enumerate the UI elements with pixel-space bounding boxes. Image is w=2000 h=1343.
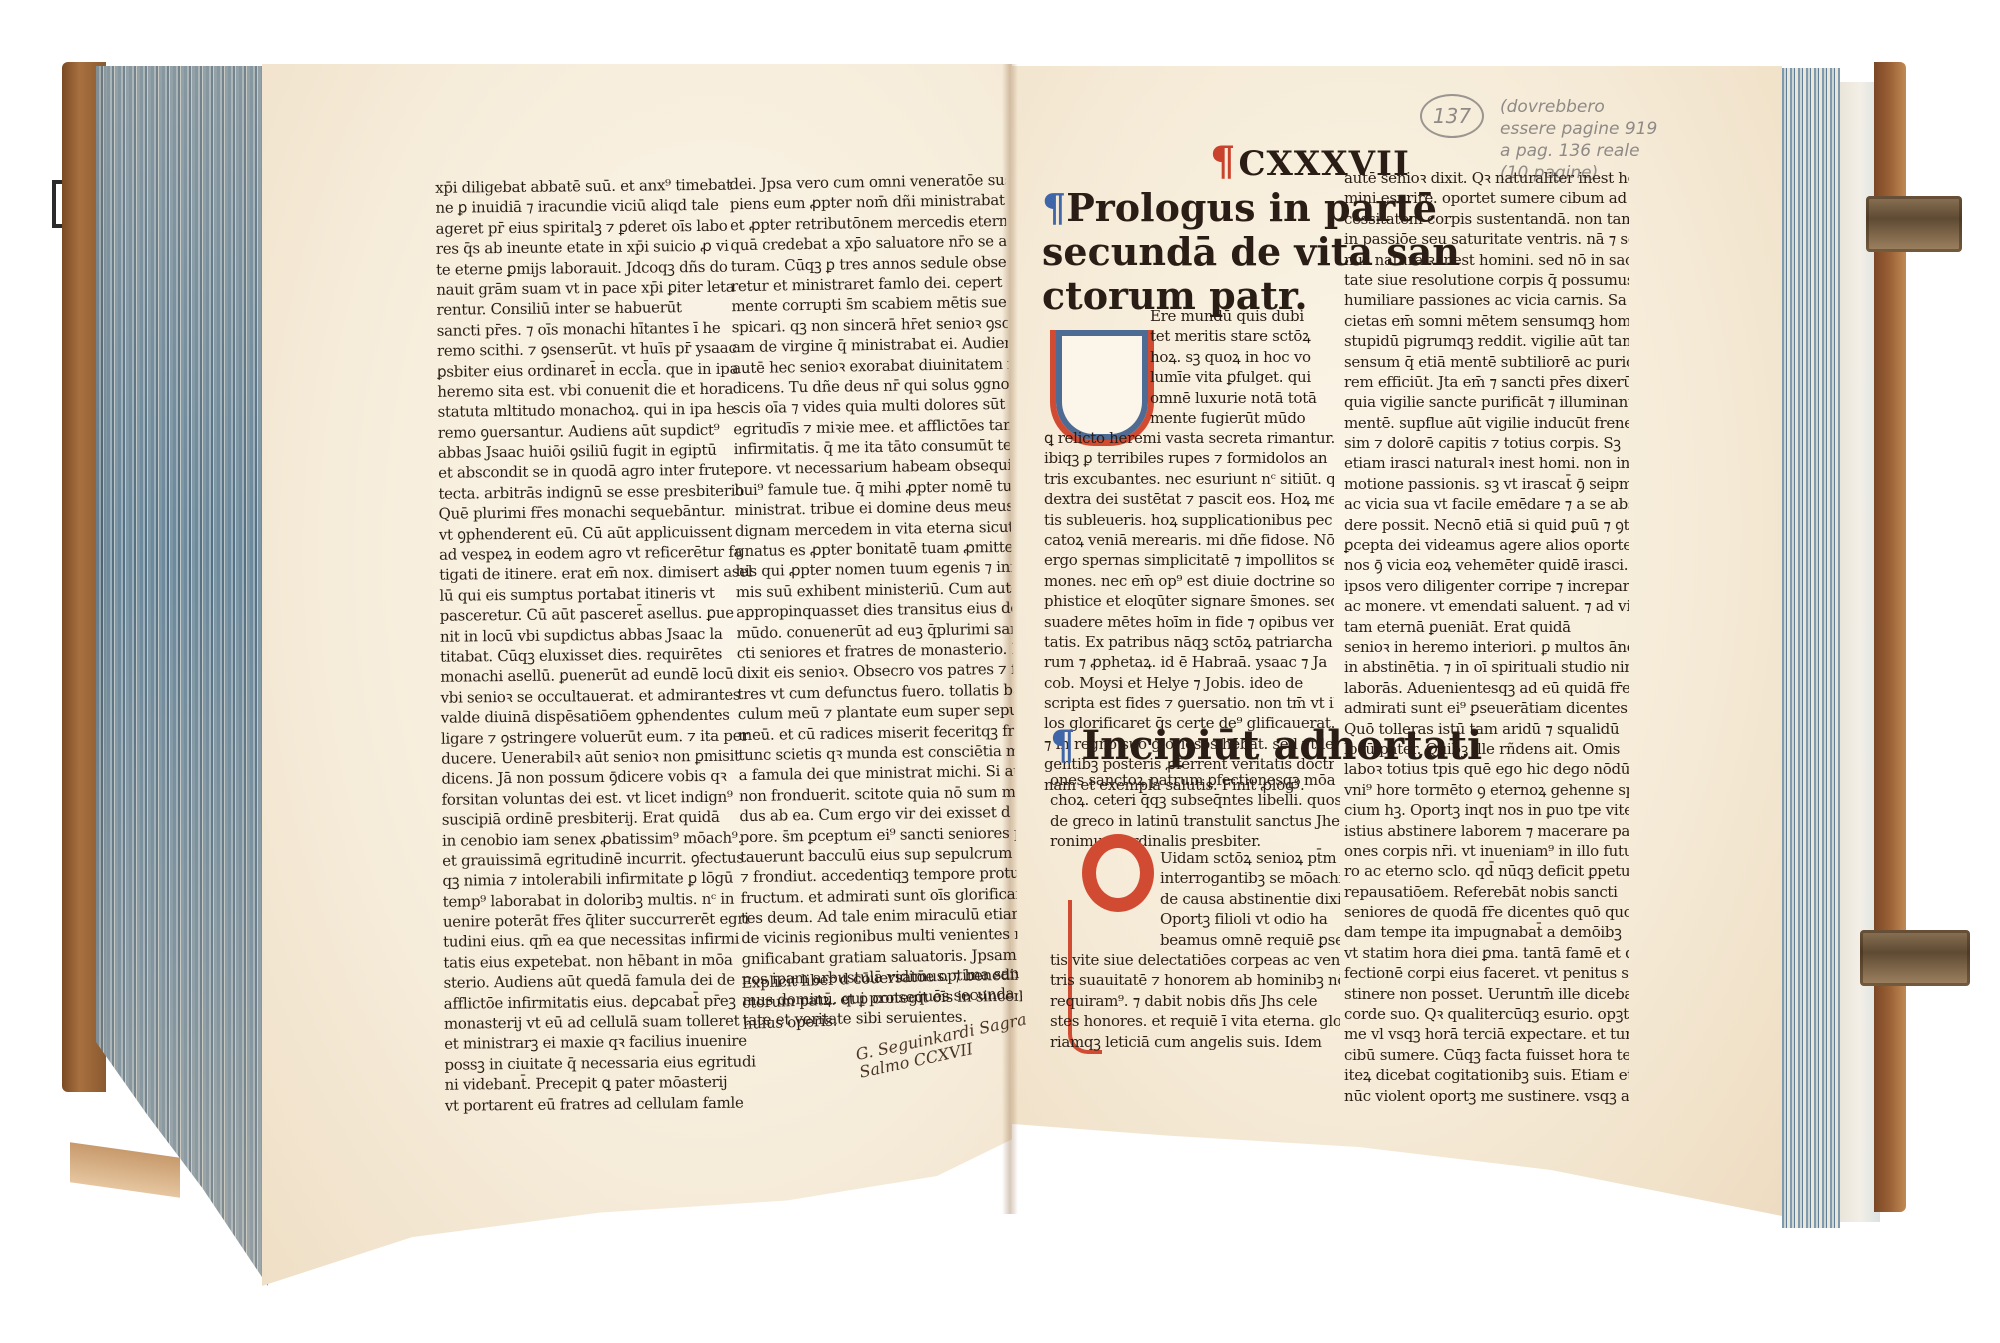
text-line: rem efficiūt. Jta em̄ ⁊ sancti pr̄es dix… — [1344, 372, 1629, 392]
text-line: ꝗ relicto heremi vasta secreta rimantur. — [1044, 428, 1334, 448]
text-line: stupidū pigrumqꝫ reddit. vigilie aūt tam — [1344, 331, 1629, 351]
text-line: sensum q̄ etiā mentē subtiliorē ac purio — [1344, 352, 1629, 372]
text-line: tate siue resolutione corpis q̄ possumus — [1344, 270, 1629, 290]
q-section: Uidam sctōꝝ senioꝝ pt̄minterrogantibꝫ se… — [1050, 848, 1340, 1052]
text-line: sim ⁊ dolorē capitis ⁊ totius corpis. Sꝫ — [1344, 433, 1629, 453]
text-line: humiliare passiones ac vicia carnis. Sa — [1344, 290, 1629, 310]
text-line: cium hꝫ. Oportꝫ inqt nos in ꝑuo tpe vite — [1344, 800, 1629, 820]
text-line: nauit grām suam vt in pace xp̄i ꝑiter le… — [436, 276, 766, 300]
text-line: res q̄s ab ineunte etate in xp̄i suicio … — [436, 235, 766, 259]
text-line: pasceretur. Cū aūt pasceret̄ asellus. ꝑu… — [440, 602, 770, 626]
text-line: ipsos vero diligenter corripe ⁊ increpar… — [1344, 576, 1629, 596]
text-line: valde diuinā dispēsatiōem ꝯphendentes — [441, 704, 771, 728]
left-page-column-2: dei. Jpsa vero cum omni veneratōe suscip… — [729, 170, 1018, 1031]
text-line: admirati sunt ei⁹ ꝑseuerātiam dicentes. — [1344, 698, 1629, 718]
text-line: stes honores. et requiē ī vita eterna. g… — [1050, 1011, 1340, 1031]
text-line: ꝑcepta dei videamus agere alios oportet — [1344, 535, 1629, 555]
text-line: tis vite siue delectatiōes corpeas ac ve… — [1050, 950, 1340, 970]
text-line: de greco in latinū transtulit sanctus Jh… — [1050, 811, 1340, 831]
text-line: Quō tolleras istū tam aridū ⁊ squalidū — [1344, 719, 1629, 739]
text-line: rum ⁊ ꝓphetaꝝ. id ē Habraā. ysaac ⁊ Ja — [1044, 652, 1334, 672]
clasp-bottom-icon — [1860, 930, 1970, 986]
text-line: quia vigilie sancte purificāt ⁊ illumina… — [1344, 392, 1629, 412]
text-line: vni⁹ hore tormēto ꝯ eternoꝝ gehenne spa — [1344, 780, 1629, 800]
left-page-column-1: xp̄i diligebat abbatē suū. et anx⁹ timeb… — [435, 174, 775, 1115]
text-line: ac monere. vt emendati saluent. ⁊ ad vi — [1344, 596, 1629, 616]
text-line: etiam irasci naturalꝛ inest homi. non in… — [1344, 453, 1629, 473]
text-line: mones. nec em̄ op⁹ est diuie doctrine so — [1044, 571, 1334, 591]
text-line: hoꝝ. sꝫ quoꝝ in hoc vo — [1150, 347, 1330, 367]
text-line: laborās. Aduenientesqꝫ ad eū quidā fr̄es — [1344, 678, 1629, 698]
text-line: ones corpis nr̄i. vt inueniam⁹ in illo f… — [1344, 841, 1629, 861]
left-page-edges-shade — [96, 66, 268, 1286]
text-line: Oportꝫ filioli vt odio ha — [1050, 909, 1340, 929]
text-line: vt portarent eū fratres ad cellulam faml… — [445, 1092, 775, 1116]
text-line: ibiqꝫ ꝑ terribiles rupes ⁊ formidolos an — [1044, 448, 1334, 468]
text-line: remo scithi. ⁊ ꝯsenserūt. vt huīs pr̄ ys… — [437, 337, 767, 361]
right-page-edges — [1782, 68, 1840, 1228]
text-line: senioꝛ in heremo interiori. ꝑ multos āno… — [1344, 637, 1629, 657]
text-line: catoꝝ veniā merearis. mi dñe fidose. Nō — [1044, 530, 1334, 550]
text-line: suadere mētes hoīm in fide ⁊ opibus veri — [1044, 612, 1334, 632]
text-line: Uidam sctōꝝ senioꝝ pt̄m — [1050, 848, 1340, 868]
text-line: nus naturalꝛ inest homini. sed nō in sac… — [1344, 250, 1629, 270]
text-line: corde suo. Qꝛ qualitercūqꝫ esurio. opꝫt — [1344, 1004, 1629, 1024]
text-line: requiram⁹. ⁊ dabit nobis dñs Jhs cele — [1050, 991, 1340, 1011]
text-line: de causa abstinentie dixit. — [1050, 889, 1340, 909]
text-line: riamqꝫ leticiā cum angelis suis. Idem — [1050, 1032, 1340, 1052]
text-line: me vl vsqꝫ horā terciā expectare. et tun… — [1344, 1024, 1629, 1044]
text-line: forsitan voluntas dei est. vt licet indi… — [442, 786, 772, 810]
text-line: dam tempe ita impugnabat̄ a demōibꝫ — [1344, 922, 1629, 942]
text-line: mentē. supflue aūt vigilie inducūt frene — [1344, 413, 1629, 433]
pencil-note-line: (dovrebbero — [1500, 97, 1605, 117]
text-line: nūc violent oportꝫ me sustinere. vsqꝫ ad — [1344, 1086, 1629, 1106]
text-line: laboꝛ totius tpis quē ego hic dego nōdū — [1344, 759, 1629, 779]
text-line: mente fugierūt mūdo — [1150, 408, 1330, 428]
text-line: cibū sumere. Cūqꝫ facta fuisset hora ter… — [1344, 1045, 1629, 1065]
clasp-top-icon — [1866, 196, 1962, 252]
text-line: choꝝ. ceteri q̄qꝫ subseq̄ntes libelli. q… — [1050, 790, 1340, 810]
text-line: ro ac eterno sclo. qd̄ nūqꝫ deficit ꝑpet… — [1344, 861, 1629, 881]
text-line: beamus omnē requiē ꝑsen — [1050, 930, 1340, 950]
right-page-column-1: Ere mundū quis dubitet meritis stare sct… — [1150, 306, 1330, 428]
text-line: seniores de quodā fr̄e dicentes quō quo — [1344, 902, 1629, 922]
text-line: locū pater. Quibꝫ ille rñdens ait. Omis — [1344, 739, 1629, 759]
text-line: Ere mundū quis dubi — [1150, 306, 1330, 326]
pilcrow-icon: ¶ — [1050, 722, 1075, 769]
text-line: ac vicia sua vt facile emēdare ⁊ a se ab… — [1344, 494, 1629, 514]
pencil-page-number: 137 — [1420, 94, 1484, 138]
text-line: dere possit. Necnō etiā si quid ꝑuū ⁊ ꝯt… — [1344, 515, 1629, 535]
text-line: tris suauitatē ⁊ honorem ab hominibꝫ nō — [1050, 970, 1340, 990]
text-line: repausatiōem. Referebāt nobis sancti — [1344, 882, 1629, 902]
text-line: tigati de itinere. erat em̄ nox. dimiser… — [439, 562, 769, 586]
text-line: nos ꝯ̄ vicia eoꝝ vehemēter quidē irasci. — [1344, 555, 1629, 575]
incipit-text-block: ones sanctoꝝ patrum ꝑfectionesqꝫ mōachoꝝ… — [1050, 770, 1340, 852]
left-cover-corner — [70, 1142, 180, 1197]
right-page-column-2: autē senioꝛ dixit. Qꝛ naturaliter inest … — [1344, 168, 1629, 1106]
text-line: mini esurire. oportet sumere cibum ad ne — [1344, 188, 1629, 208]
text-line: ni videbant̄. Precepit ꝗ pater mōasterij — [444, 1071, 774, 1095]
text-line: autē senioꝛ dixit. Qꝛ naturaliter inest … — [1344, 168, 1629, 188]
text-line: iteꝝ dicebat cogitationibꝫ suis. Etiam e… — [1344, 1065, 1629, 1085]
text-line: tatis. Ex patribus nāqꝫ sctōꝝ patriarcha — [1044, 632, 1334, 652]
text-line: stinere non posset. Ueruntm̄ ille diceba… — [1344, 984, 1629, 1004]
text-line: cessitatem corpis sustentandā. non tamē — [1344, 209, 1629, 229]
text-line: vt statim hora diei ꝑma. tantā famē et d… — [1344, 943, 1629, 963]
text-line: tet meritis stare sctōꝝ — [1150, 326, 1330, 346]
text-line: motione passionis. sꝫ vt irascat̄ ꝯ̄ sei… — [1344, 474, 1629, 494]
text-line: fectionē corpi eius faceret. vt penitus … — [1344, 963, 1629, 983]
pencil-note-line: a pag. 136 reale — [1500, 141, 1640, 161]
text-line: ones sanctoꝝ patrum ꝑfectionesqꝫ mōa — [1050, 770, 1340, 790]
text-line: cob. Moysi et Helye ⁊ Jobis. ideo de — [1044, 673, 1334, 693]
text-line: ergo spernas simplicitatē ⁊ impollitos s… — [1044, 550, 1334, 570]
text-line: lumīe vita ꝑfulget. qui — [1150, 367, 1330, 387]
text-line: scripta est fides ⁊ ꝯuersatio. non tm̄ v… — [1044, 693, 1334, 713]
text-line: cietas em̄ somni mētem sensumqꝫ homīs — [1344, 311, 1629, 331]
text-line: interrogantibꝫ se mōachis — [1050, 868, 1340, 888]
text-line: phistice et eloqūter signare s̄mones. se… — [1044, 591, 1334, 611]
text-line: istius abstinere laborem ⁊ macerare pass… — [1344, 821, 1629, 841]
text-line: omnē luxurie notā totā — [1150, 388, 1330, 408]
text-line: dextra dei sustētat ⁊ pascit eos. Hoꝝ me… — [1044, 489, 1334, 509]
pencil-note-line: essere pagine 919 — [1500, 119, 1657, 139]
text-line: tris excubantes. nec esuriunt nᶜ sitiūt.… — [1044, 469, 1334, 489]
text-line: tam eternā ꝑueniāt. Erat quidā — [1344, 617, 1629, 637]
pilcrow-icon: ¶ — [1210, 138, 1236, 185]
pilcrow-icon: ¶ — [1042, 185, 1066, 230]
text-line: remo ꝯuersantur. Audiens aūt supdict⁹ — [438, 419, 768, 443]
text-line: tis subleueris. hoꝝ supplicationibus pec — [1044, 510, 1334, 530]
text-line: in abstinētia. ⁊ in oī spirituali studio… — [1344, 657, 1629, 677]
text-line: in passiōe seu saturitate ventris. nā ⁊ … — [1344, 229, 1629, 249]
